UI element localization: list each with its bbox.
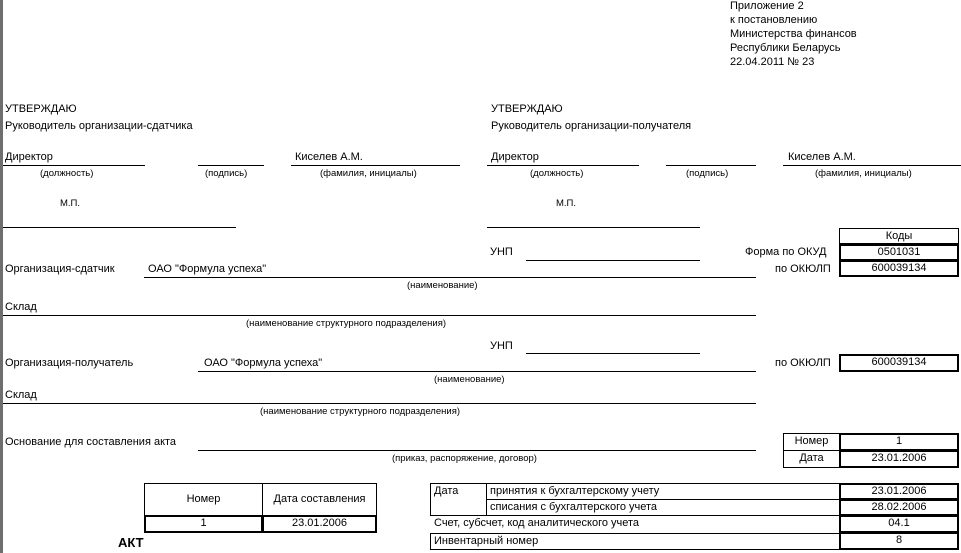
name-line xyxy=(783,165,961,166)
basis-caption: (приказ, распоряжение, договор) xyxy=(392,453,537,464)
accept-value[interactable]: 23.01.2006 xyxy=(839,483,959,500)
act-number-header: Номер xyxy=(144,483,263,516)
act-number-value[interactable]: 1 xyxy=(144,515,263,533)
sender-org-field[interactable]: ОАО "Формула успеха" xyxy=(148,263,266,275)
approve-subtitle: Руководитель организации-сдатчика xyxy=(5,120,193,132)
signature-line[interactable] xyxy=(198,165,264,166)
name-line xyxy=(291,165,460,166)
act-date-header: Дата составления xyxy=(262,483,377,516)
warehouse-caption: (наименование структурного подразделения… xyxy=(260,406,460,417)
account-label: Счет, субсчет, код аналитического учета xyxy=(434,517,639,529)
codes-header: Коды xyxy=(839,228,959,244)
okulp-value[interactable]: 600039134 xyxy=(839,354,959,372)
receiver-org-label: Организация-получатель xyxy=(5,357,133,369)
signature-caption: (подпись) xyxy=(686,168,728,179)
basis-number-value[interactable]: 1 xyxy=(839,433,959,451)
act-date-value[interactable]: 23.01.2006 xyxy=(262,515,377,533)
receiver-warehouse-field[interactable] xyxy=(3,403,756,404)
stamp-line xyxy=(487,227,700,228)
okulp-label: по ОКЮЛП xyxy=(775,357,831,369)
okulp-label: по ОКЮЛП xyxy=(775,263,831,275)
sender-warehouse-field[interactable] xyxy=(3,315,756,316)
account-value[interactable]: 04.1 xyxy=(839,515,959,533)
name-caption: (фамилия, инициалы) xyxy=(320,168,417,179)
inventory-value[interactable]: 8 xyxy=(839,532,959,550)
writeoff-label: списания с бухгалтерского учета xyxy=(486,499,840,516)
position-line xyxy=(3,165,145,166)
sender-warehouse-label: Склад xyxy=(5,301,37,313)
appendix-line: Республики Беларусь xyxy=(730,42,841,54)
approve-subtitle: Руководитель организации-получателя xyxy=(491,120,691,132)
unp-field[interactable] xyxy=(526,353,700,354)
basis-field[interactable] xyxy=(198,450,756,451)
receiver-org-field[interactable]: ОАО "Формула успеха" xyxy=(204,357,322,369)
position-caption: (должность) xyxy=(40,168,93,179)
position-caption: (должность) xyxy=(530,168,583,179)
act-title: АКТ xyxy=(118,535,144,550)
position-line xyxy=(487,165,639,166)
approve-heading: УТВЕРЖДАЮ xyxy=(491,103,563,115)
unp-field[interactable] xyxy=(526,260,700,261)
basis-date-value[interactable]: 23.01.2006 xyxy=(839,450,959,468)
name-field[interactable]: Киселев А.М. xyxy=(788,151,856,163)
unp-label: УНП xyxy=(490,246,513,258)
okud-value[interactable]: 0501031 xyxy=(839,244,959,261)
signature-line[interactable] xyxy=(666,165,756,166)
signature-caption: (подпись) xyxy=(205,168,247,179)
org-caption: (наименование) xyxy=(434,374,505,385)
warehouse-caption: (наименование структурного подразделения… xyxy=(246,318,446,329)
basis-date-label: Дата xyxy=(783,450,840,468)
okulp-value[interactable]: 600039134 xyxy=(839,260,959,277)
position-field[interactable]: Директор xyxy=(5,151,53,163)
name-caption: (фамилия, инициалы) xyxy=(815,168,912,179)
stamp-label: М.П. xyxy=(60,198,80,209)
receiver-warehouse-label: Склад xyxy=(5,389,37,401)
stamp-label: М.П. xyxy=(556,198,576,209)
writeoff-value[interactable]: 28.02.2006 xyxy=(839,499,959,516)
stamp-line xyxy=(3,227,236,228)
sender-org-line xyxy=(144,277,756,278)
approve-heading: УТВЕРЖДАЮ xyxy=(5,103,77,115)
inventory-label: Инвентарный номер xyxy=(430,533,840,550)
name-field[interactable]: Киселев А.М. xyxy=(295,151,363,163)
accept-label: принятия к бухгалтерскому учету xyxy=(486,483,840,500)
appendix-line: Министерства финансов xyxy=(730,28,857,40)
org-caption: (наименование) xyxy=(407,280,478,291)
appendix-line: к постановлению xyxy=(730,14,817,26)
position-field[interactable]: Директор xyxy=(491,151,539,163)
sender-org-label: Организация-сдатчик xyxy=(5,263,115,275)
sheet-left-border xyxy=(0,0,3,553)
appendix-line: Приложение 2 xyxy=(730,0,804,12)
accounting-date-label: Дата xyxy=(430,483,487,516)
basis-number-label: Номер xyxy=(783,433,840,451)
basis-label: Основание для составления акта xyxy=(5,436,176,448)
okud-label: Форма по ОКУД xyxy=(745,246,827,258)
appendix-line: 22.04.2011 № 23 xyxy=(730,56,814,68)
unp-label: УНП xyxy=(490,340,513,352)
receiver-org-line xyxy=(198,371,756,372)
